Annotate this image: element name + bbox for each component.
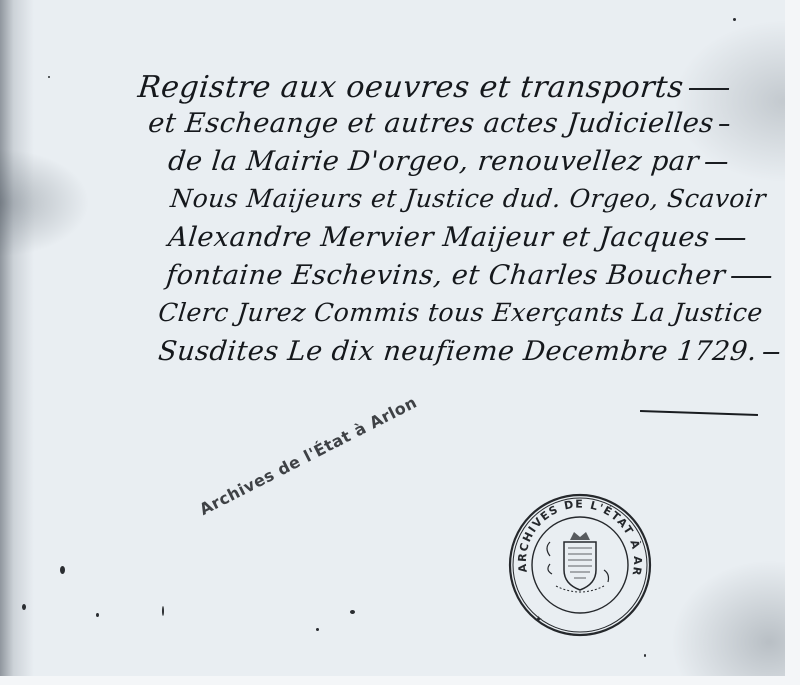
ink-speck [48,76,50,78]
manuscript-line: Clerc Jurez Commis tous Exerçants La Jus… [156,298,785,336]
coat-of-arms-icon [547,532,609,592]
ink-speck [733,18,736,21]
line-filler-dash [689,88,729,90]
manuscript-line: Registre aux oeuvres et transports [136,70,780,108]
line-filler-dash [715,238,745,240]
svg-text:✦: ✦ [535,615,543,625]
line-filler-dash [731,276,771,278]
manuscript-line: Alexandre Mervier Maijeur et Jacques [166,222,785,260]
archives-round-seal-icon: ARCHIVES DE L'ÉTAT À ARLON ✦ [505,490,655,640]
manuscript-line: Susdites Le dix neufieme Decembre 1729. [156,336,785,374]
ink-speck [162,606,164,616]
date-underline [640,410,758,416]
line-filler-dash [705,162,727,164]
scan-margin-bottom [0,676,800,685]
scan-margin-right [785,0,800,685]
document-page: Registre aux oeuvres et transports et Es… [0,0,785,676]
ink-speck [644,654,646,657]
manuscript-text-block: Registre aux oeuvres et transports et Es… [138,70,778,374]
manuscript-line: Nous Maijeurs et Justice dud. Orgeo, Sca… [168,184,785,222]
manuscript-line: de la Mairie D'orgeo, renouvellez par [166,146,785,184]
archives-linear-stamp: Archives de l'État à Arlon [196,392,420,519]
page-shadow-edge [0,0,34,676]
manuscript-line: fontaine Eschevins, et Charles Boucher [164,260,785,298]
ink-speck [22,604,26,610]
ink-speck [96,613,99,617]
line-filler-dash [719,124,729,126]
ink-speck [350,610,355,614]
ink-speck [60,566,65,574]
line-filler-dash [763,352,779,354]
manuscript-line: et Escheange et autres actes Judicielles [146,108,785,146]
ink-speck [316,628,319,631]
